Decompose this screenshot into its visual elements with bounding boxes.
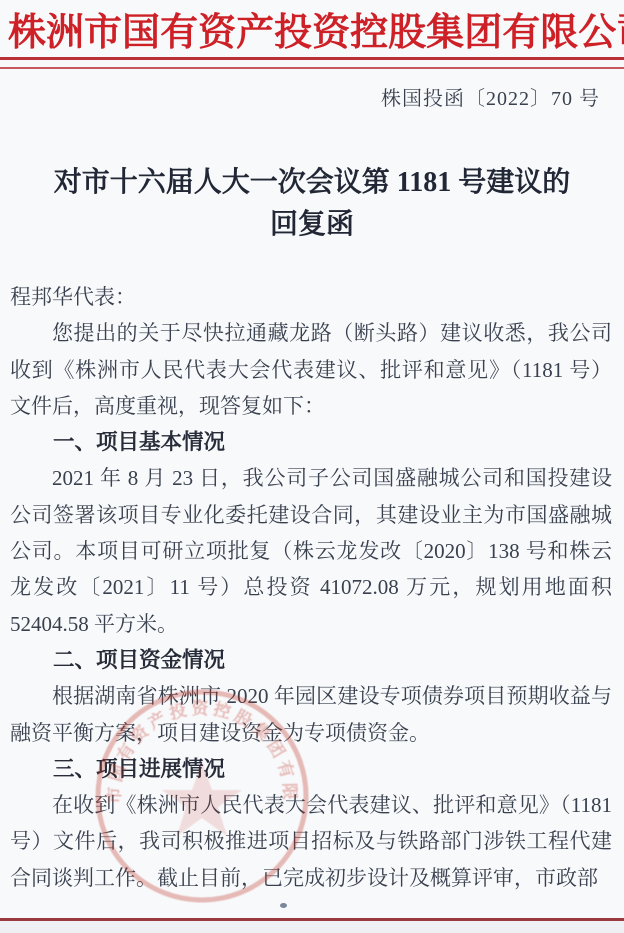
footer-scan-strip [0,921,624,933]
paragraph-section-1: 2021 年 8 月 23 日，我公司子公司国盛融城公司和国投建设公司签署该项目… [10,460,612,641]
section-heading-2: 二、项目资金情况 [10,642,612,678]
document-title-line2: 回复函 [20,204,604,246]
document-title: 对市十六届人大一次会议第 1181 号建议的 回复函 [20,162,604,246]
letterhead-rule-thin [0,67,624,69]
document-number: 株国投函〔2022〕70 号 [381,82,600,111]
scan-speck [280,903,287,908]
paragraph-section-3: 在收到《株洲市人民代表大会代表建议、批评和意见》（1181 号）文件后，我司积极… [10,787,612,896]
salutation: 程邦华代表： [10,279,612,315]
letterhead-org-name: 株洲市国有资产投资控股集团有限公司 [8,2,616,54]
paragraph-intro: 您提出的关于尽快拉通藏龙路（断头路）建议收悉，我公司收到《株洲市人民代表大会代表… [10,315,612,424]
paragraph-section-2: 根据湖南省株洲市 2020 年园区建设专项债券项目预期收益与融资平衡方案，项目建… [10,678,612,751]
letterhead-rule-thick [0,57,624,60]
document-title-line1: 对市十六届人大一次会议第 1181 号建议的 [20,162,604,204]
section-heading-3: 三、项目进展情况 [10,751,612,787]
section-heading-1: 一、项目基本情况 [10,424,612,460]
letter-body: 程邦华代表： 您提出的关于尽快拉通藏龙路（断头路）建议收悉，我公司收到《株洲市人… [10,279,612,896]
document-page: 株洲市国有资产投资控股集团有限公司 株国投函〔2022〕70 号 对市十六届人大… [0,0,624,933]
